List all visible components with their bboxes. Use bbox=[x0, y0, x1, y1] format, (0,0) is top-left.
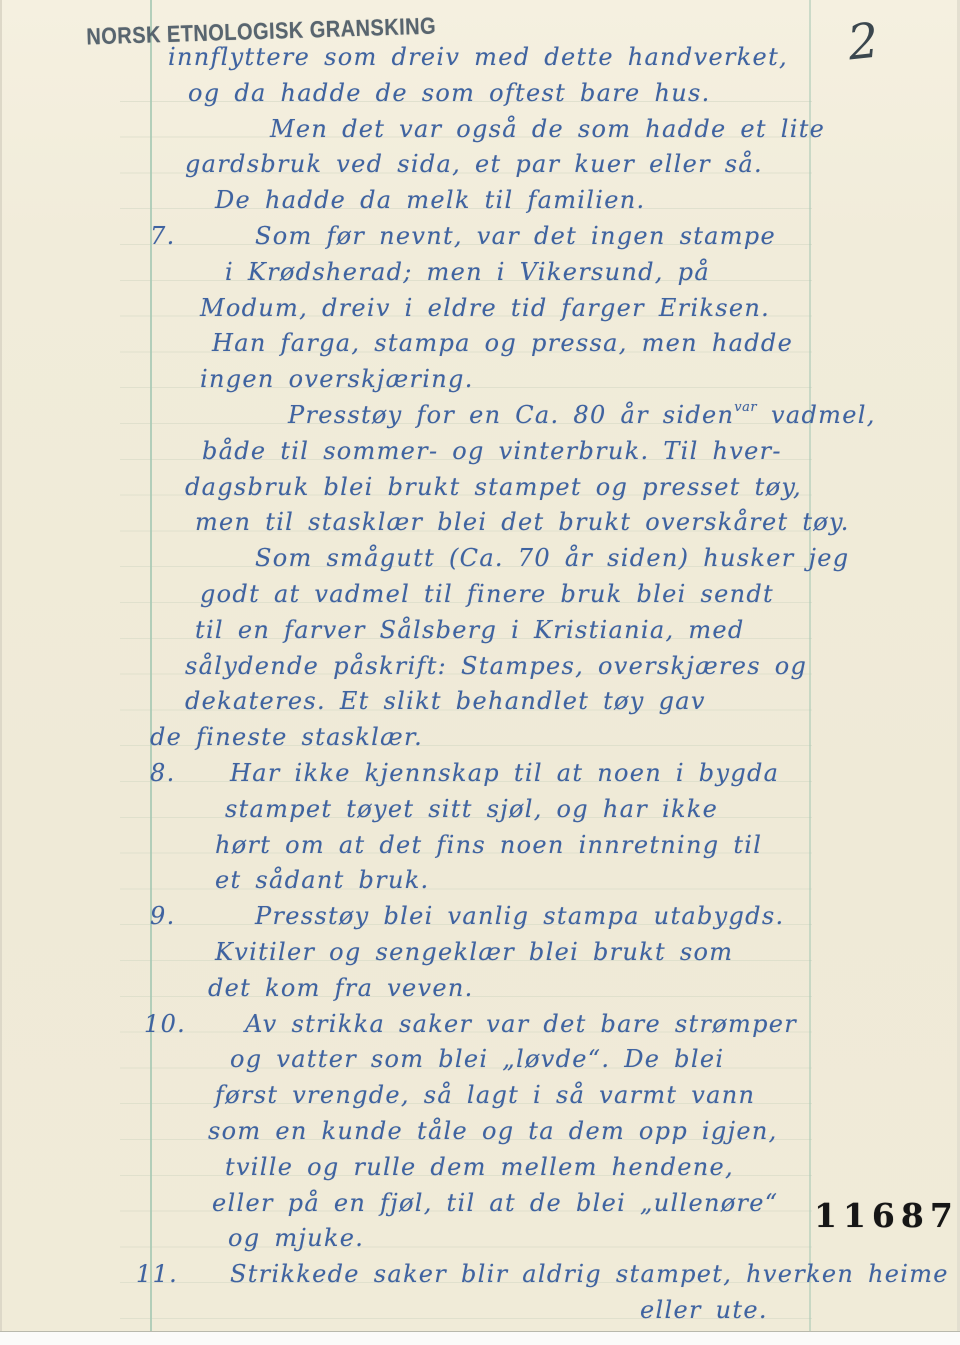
scan-bottom-edge bbox=[0, 1331, 960, 1345]
handwritten-line: de fineste stasklær. bbox=[150, 720, 830, 756]
handwritten-text: og mjuke. bbox=[228, 1221, 364, 1257]
handwritten-text: Som før nevnt, var det ingen stampe bbox=[255, 219, 776, 255]
handwritten-line: De hadde da melk til familien. bbox=[150, 183, 830, 219]
handwritten-text: Strikkede saker blir aldrig stampet, hve… bbox=[230, 1257, 949, 1293]
handwritten-text: De hadde da melk til familien. bbox=[215, 183, 645, 219]
handwritten-line: i Krødsherad; men i Vikersund, på bbox=[150, 255, 830, 291]
handwritten-line: stampet tøyet sitt sjøl, og har ikke bbox=[150, 792, 830, 828]
handwritten-line: gardsbruk ved sida, et par kuer eller så… bbox=[150, 147, 830, 183]
handwritten-line: eller på en fjøl, til at de blei „ullenø… bbox=[150, 1186, 830, 1222]
handwritten-text: tville og rulle dem mellem hendene, bbox=[225, 1150, 734, 1186]
handwritten-text: et sådant bruk. bbox=[215, 863, 429, 899]
handwritten-line: dekateres. Et slikt behandlet tøy gav bbox=[150, 684, 830, 720]
handwritten-line: dagsbruk blei brukt stampet og presset t… bbox=[150, 470, 830, 506]
handwritten-line: Han farga, stampa og pressa, men hadde bbox=[150, 326, 830, 362]
handwritten-line: og vatter som blei „løvde“. De blei bbox=[150, 1042, 830, 1078]
handwritten-line: Som smågutt (Ca. 70 år siden) husker jeg bbox=[150, 541, 830, 577]
handwritten-text: Av strikka saker var det bare strømper bbox=[245, 1007, 797, 1043]
handwritten-text: stampet tøyet sitt sjøl, og har ikke bbox=[225, 792, 718, 828]
handwritten-line: Kvitiler og sengeklær blei brukt som bbox=[150, 935, 830, 971]
handwritten-text: Presstøy for en Ca. 80 år sidenvar vadme… bbox=[288, 398, 876, 438]
item-number: 11. bbox=[136, 1257, 178, 1293]
handwritten-text: både til sommer- og vinterbruk. Til hver… bbox=[202, 434, 782, 470]
handwritten-text: som en kunde tåle og ta dem opp igjen, bbox=[208, 1114, 778, 1150]
handwritten-text: gardsbruk ved sida, et par kuer eller så… bbox=[185, 147, 763, 183]
handwritten-text: først vrengde, så lagt i så varmt vann bbox=[215, 1078, 755, 1114]
handwritten-line: både til sommer- og vinterbruk. Til hver… bbox=[150, 434, 830, 470]
manuscript-lines: innflyttere som dreiv med dette handverk… bbox=[150, 40, 830, 1329]
handwritten-line: ingen overskjæring. bbox=[150, 362, 830, 398]
handwritten-text: Modum, dreiv i eldre tid farger Eriksen. bbox=[200, 291, 770, 327]
handwritten-text: Han farga, stampa og pressa, men hadde bbox=[212, 326, 793, 362]
handwritten-text: Kvitiler og sengeklær blei brukt som bbox=[215, 935, 733, 971]
handwritten-line: til en farver Sålsberg i Kristiania, med bbox=[150, 613, 830, 649]
handwritten-text: sålydende påskrift: Stampes, overskjæres… bbox=[185, 649, 807, 685]
handwritten-line: og da hadde de som oftest bare hus. bbox=[150, 76, 830, 112]
handwritten-text: godt at vadmel til finere bruk blei send… bbox=[200, 577, 774, 613]
handwritten-text: i Krødsherad; men i Vikersund, på bbox=[225, 255, 710, 291]
handwritten-line: men til stasklær blei det brukt overskår… bbox=[150, 505, 830, 541]
handwritten-line: 7.Som før nevnt, var det ingen stampe bbox=[150, 219, 830, 255]
handwritten-line: 9.Presstøy blei vanlig stampa utabygds. bbox=[150, 899, 830, 935]
handwritten-line: godt at vadmel til finere bruk blei send… bbox=[150, 577, 830, 613]
handwritten-text: til en farver Sålsberg i Kristiania, med bbox=[195, 613, 745, 649]
handwritten-line: Modum, dreiv i eldre tid farger Eriksen. bbox=[150, 291, 830, 327]
handwritten-text: eller ute. bbox=[640, 1293, 768, 1329]
handwritten-page-number: 2 bbox=[845, 13, 881, 72]
handwritten-text: og vatter som blei „løvde“. De blei bbox=[230, 1042, 724, 1078]
handwritten-line: eller ute. bbox=[150, 1293, 830, 1329]
handwritten-line: og mjuke. bbox=[150, 1221, 830, 1257]
handwritten-text: de fineste stasklær. bbox=[150, 720, 423, 756]
handwritten-text: hørt om at det fins noen innretning til bbox=[215, 828, 762, 864]
handwritten-line: hørt om at det fins noen innretning til bbox=[150, 828, 830, 864]
item-number: 8. bbox=[150, 756, 176, 792]
handwritten-text: dagsbruk blei brukt stampet og presset t… bbox=[185, 470, 802, 506]
handwritten-line: først vrengde, så lagt i så varmt vann bbox=[150, 1078, 830, 1114]
handwritten-line: Presstøy for en Ca. 80 år sidenvar vadme… bbox=[150, 398, 830, 434]
handwritten-text: ingen overskjæring. bbox=[200, 362, 474, 398]
handwritten-line: innflyttere som dreiv med dette handverk… bbox=[150, 40, 830, 76]
item-number: 9. bbox=[150, 899, 176, 935]
handwritten-text: Presstøy blei vanlig stampa utabygds. bbox=[255, 899, 784, 935]
handwritten-line: tville og rulle dem mellem hendene, bbox=[150, 1150, 830, 1186]
handwritten-line: det kom fra veven. bbox=[150, 971, 830, 1007]
handwritten-text: og da hadde de som oftest bare hus. bbox=[188, 76, 711, 112]
handwritten-line: Men det var også de som hadde et lite bbox=[150, 112, 830, 148]
item-number: 10. bbox=[144, 1007, 186, 1043]
item-number: 7. bbox=[150, 219, 176, 255]
handwritten-line: 11.Strikkede saker blir aldrig stampet, … bbox=[150, 1257, 830, 1293]
handwritten-text: Har ikke kjennskap til at noen i bygda bbox=[230, 756, 779, 792]
handwritten-line: 10.Av strikka saker var det bare strømpe… bbox=[150, 1007, 830, 1043]
handwritten-line: som en kunde tåle og ta dem opp igjen, bbox=[150, 1114, 830, 1150]
handwritten-text: Men det var også de som hadde et lite bbox=[270, 112, 825, 148]
handwritten-line: 8.Har ikke kjennskap til at noen i bygda bbox=[150, 756, 830, 792]
handwritten-text: innflyttere som dreiv med dette handverk… bbox=[168, 40, 788, 76]
handwritten-text: det kom fra veven. bbox=[208, 971, 474, 1007]
handwritten-text: dekateres. Et slikt behandlet tøy gav bbox=[185, 684, 706, 720]
scanned-document-page: NORSK ETNOLOGISK GRANSKING 2 innflyttere… bbox=[0, 0, 960, 1345]
handwritten-line: sålydende påskrift: Stampes, overskjæres… bbox=[150, 649, 830, 685]
handwritten-text: Som smågutt (Ca. 70 år siden) husker jeg bbox=[255, 541, 849, 577]
inserted-word: var bbox=[734, 400, 757, 415]
handwritten-text: men til stasklær blei det brukt overskår… bbox=[195, 505, 850, 541]
archive-number-stamp: 11687 bbox=[814, 1196, 959, 1235]
handwritten-line: et sådant bruk. bbox=[150, 863, 830, 899]
handwritten-text: eller på en fjøl, til at de blei „ullenø… bbox=[212, 1186, 778, 1222]
